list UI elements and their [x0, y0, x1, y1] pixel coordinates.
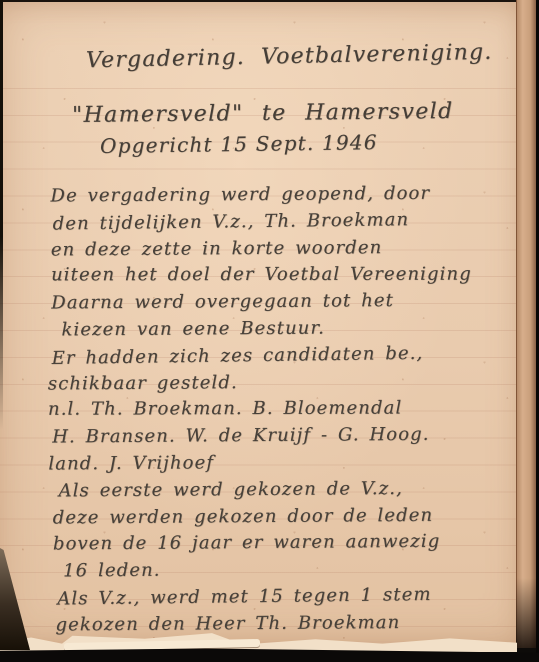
- handwriting-line: Daarna werd overgegaan tot het: [51, 288, 472, 318]
- handwriting-line: Als V.z., werd met 15 tegen 1 stem: [57, 581, 474, 613]
- handwriting-line: 16 leden.: [63, 556, 474, 586]
- handwriting-line: uiteen het doel der Voetbal Vereeniging: [51, 262, 472, 290]
- photo-of-notebook-page: Vergadering. Voetbalvereniging. "Hamersv…: [0, 0, 539, 662]
- handwriting-line: De vergadering werd geopend, door: [50, 181, 471, 211]
- handwriting-line: H. Bransen. W. de Kruijf - G. Hoog.: [52, 422, 473, 452]
- handwriting-line: kiezen van eene Bestuur.: [61, 315, 472, 345]
- handwriting-line: land. J. Vrijhoef: [48, 448, 473, 478]
- handwriting-line: n.l. Th. Broekman. B. Bloemendal: [48, 396, 473, 424]
- handwriting-line: den tijdelijken V.z., Th. Broekman: [53, 206, 472, 238]
- title-line: Opgericht 15 Sept. 1946: [100, 130, 378, 158]
- handwriting-line: gekozen den Heer Th. Broekman: [55, 609, 474, 639]
- title-line: Vergadering. Voetbalvereniging.: [86, 40, 493, 74]
- title-line: "Hamersveld" te Hamersveld: [72, 99, 454, 128]
- body-block: De vergadering werd geopend, door den ti…: [50, 181, 474, 639]
- handwriting-line: boven de 16 jaar er waren aanwezig: [53, 529, 474, 559]
- notebook-page: Vergadering. Voetbalvereniging. "Hamersv…: [0, 2, 533, 648]
- photo-edge-left: [0, 0, 3, 430]
- handwriting-line: Als eerste werd gekozen de V.z.,: [58, 475, 473, 505]
- fore-edge-shadow: [516, 578, 536, 648]
- handwriting-line: deze werden gekozen door de leden: [53, 502, 474, 532]
- book-fore-edge: [516, 0, 536, 648]
- photo-edge-top: [0, 0, 539, 2]
- handwriting-line: en deze zette in korte woorden: [51, 234, 472, 264]
- handwriting-line: schikbaar gesteld.: [48, 368, 473, 398]
